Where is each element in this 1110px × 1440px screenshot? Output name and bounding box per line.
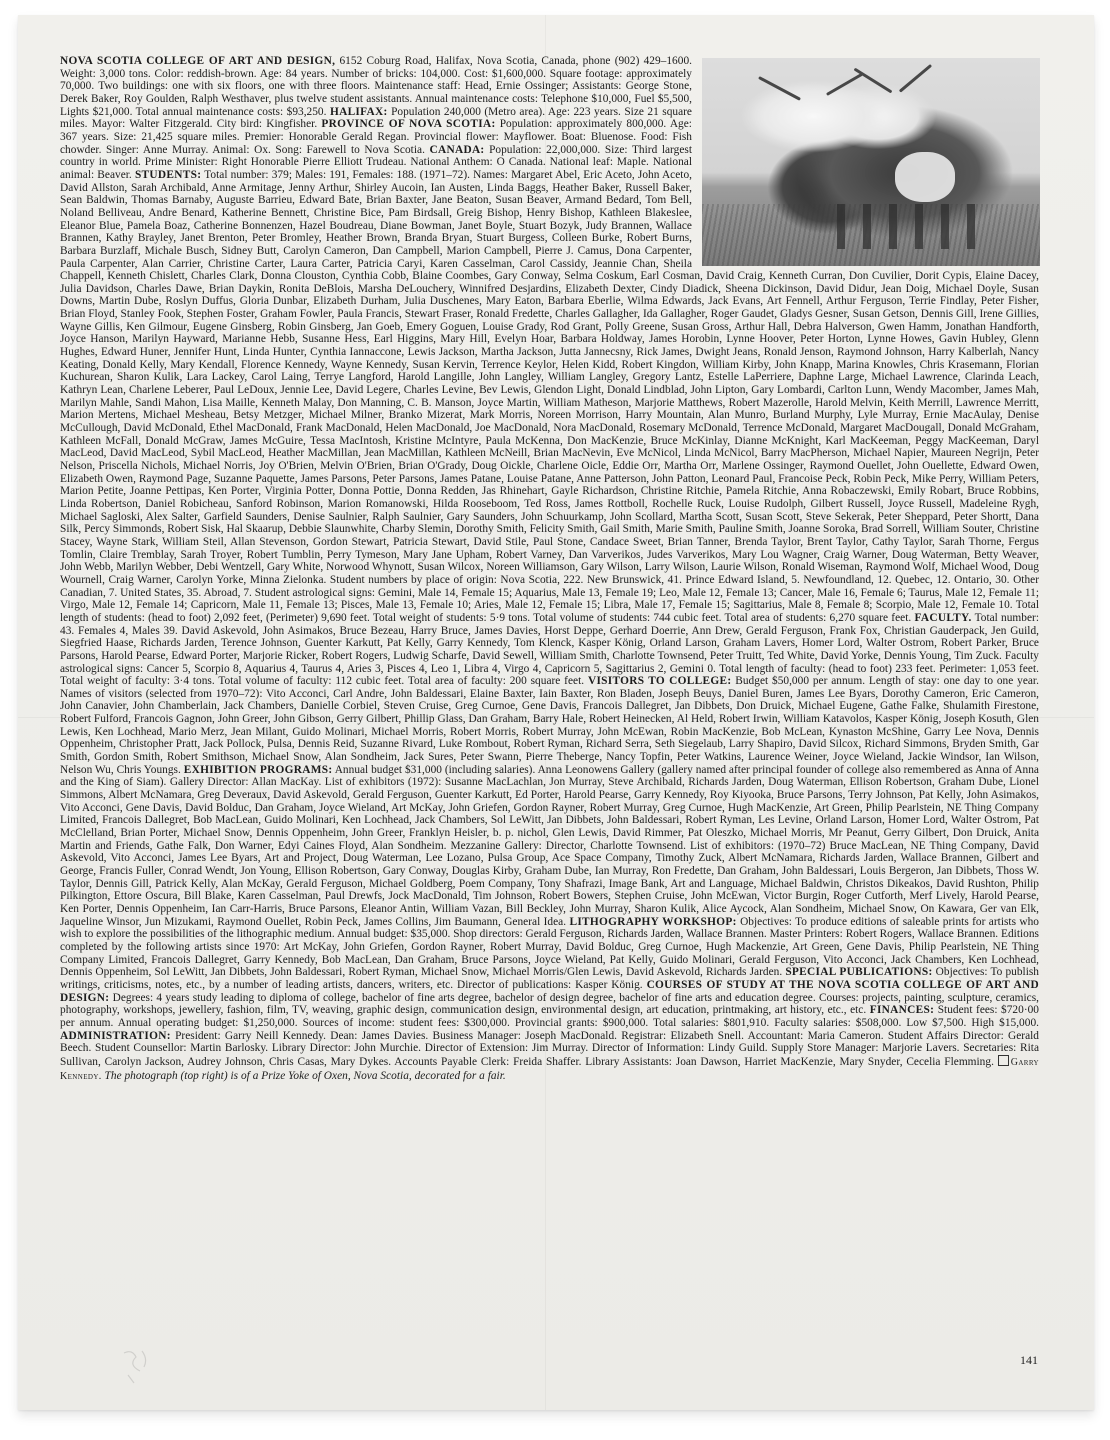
article-body: NOVA SCOTIA COLLEGE OF ART AND DESIGN, 6…	[60, 55, 1039, 1083]
body-text: Annual budget $31,000 (including salarie…	[60, 764, 1039, 928]
end-mark-box-icon	[998, 1055, 1009, 1066]
horn-shape	[898, 64, 931, 92]
photo-caption: The photograph (top right) is of a Prize…	[102, 1070, 506, 1082]
document-page: NOVA SCOTIA COLLEGE OF ART AND DESIGN, 6…	[18, 15, 1094, 1410]
horn-shape	[853, 67, 892, 93]
horn-shape	[826, 73, 863, 96]
body-text: Budget $50,000 per annum. Length of stay…	[60, 675, 1039, 776]
pencil-annotation	[118, 1345, 158, 1385]
section-heading: STUDENTS:	[135, 169, 201, 181]
section-heading: SPECIAL PUBLICATIONS:	[785, 966, 932, 978]
body-text: President: Garry Neill Kennedy. Dean: Ja…	[60, 1030, 1039, 1068]
section-heading: NOVA SCOTIA COLLEGE OF ART AND DESIGN,	[60, 55, 335, 67]
section-heading: ADMINISTRATION:	[60, 1030, 171, 1042]
section-heading: HALIFAX:	[330, 106, 388, 118]
section-heading: VISITORS TO COLLEGE:	[588, 675, 732, 687]
section-heading: LITHOGRAPHY WORKSHOP:	[569, 916, 736, 928]
section-heading: CANADA:	[429, 144, 484, 156]
horn-shape	[758, 76, 801, 101]
oxen-photograph	[702, 58, 1040, 266]
section-heading: PROVINCE OF NOVA SCOTIA:	[321, 118, 495, 130]
field-grass	[702, 204, 1040, 266]
section-heading: FINANCES:	[870, 1004, 934, 1016]
page-number: 141	[1020, 1353, 1038, 1368]
ox-white-patch	[895, 152, 956, 202]
section-heading: FACULTY.	[914, 612, 971, 624]
section-heading: EXHIBITION PROGRAMS:	[184, 764, 333, 776]
